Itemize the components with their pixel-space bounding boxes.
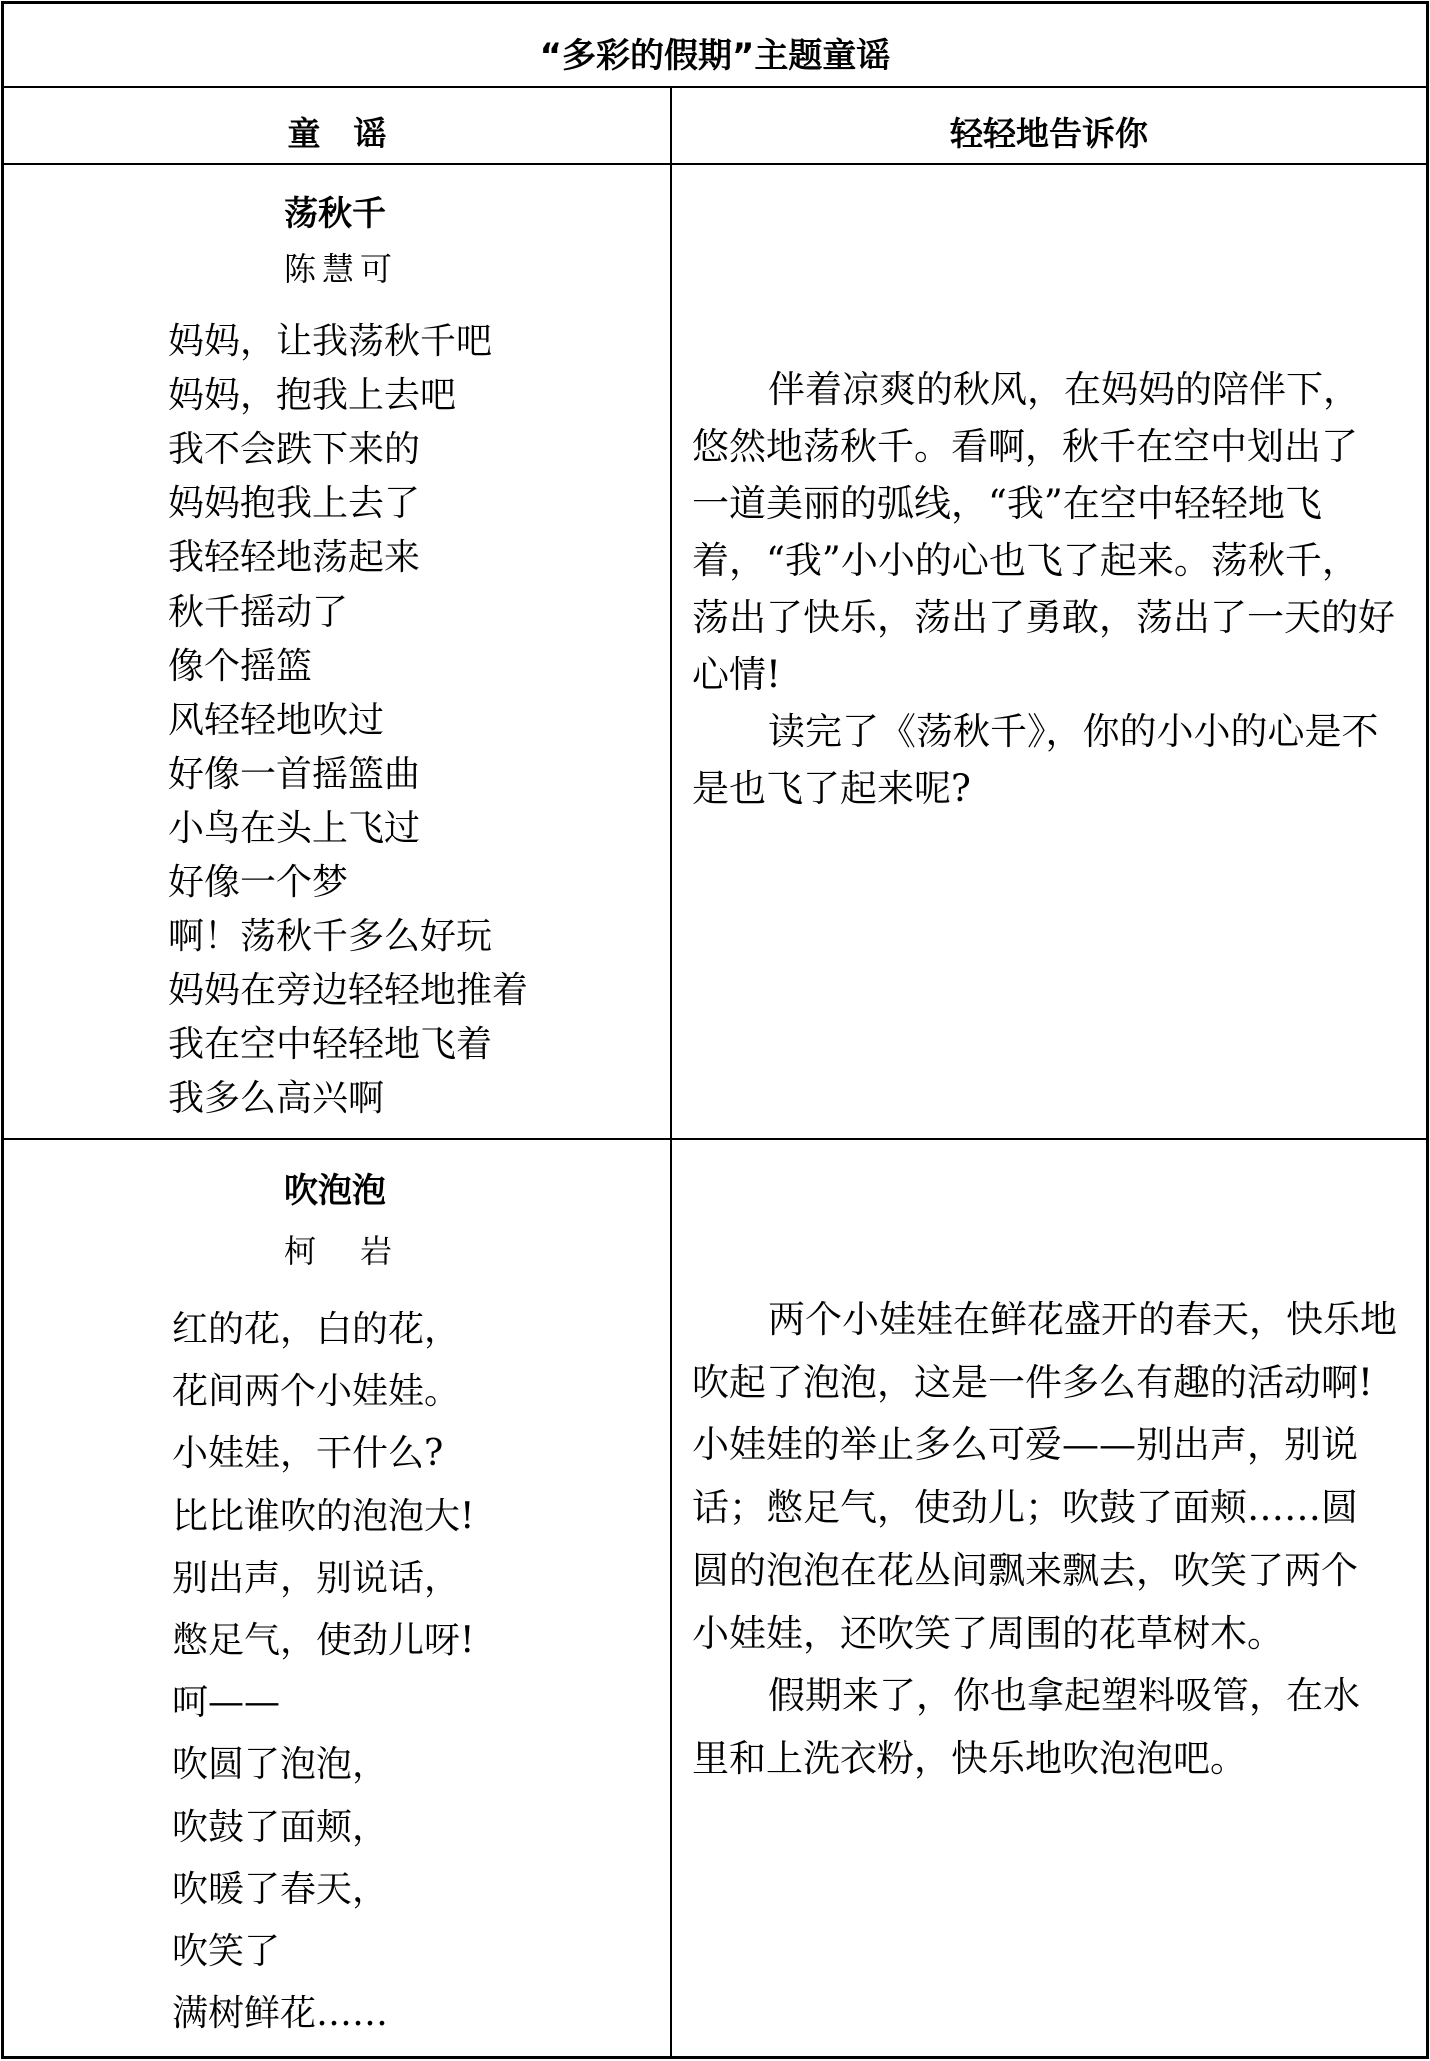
commentary-line: 话；憋足气，使劲儿；吹鼓了面颊……圆	[692, 1477, 1358, 1531]
commentary-line: 荡出了快乐，荡出了勇敢，荡出了一天的好	[692, 587, 1395, 641]
column-header-tell-you: 轻轻地告诉你	[672, 108, 1426, 155]
poem-line: 我多么高兴啊	[168, 1081, 384, 1117]
poem-line: 小娃娃，干什么?	[172, 1436, 443, 1472]
poem-line: 小鸟在头上飞过	[168, 811, 420, 847]
poem-title: 荡秋千	[284, 186, 386, 235]
poem-line: 红的花，白的花，	[172, 1312, 460, 1348]
commentary-line: 心情!	[692, 644, 781, 698]
poem-line: 别出声，别说话，	[172, 1561, 460, 1597]
commentary-line: 吹起了泡泡，这是一件多么有趣的活动啊!	[692, 1352, 1373, 1406]
commentary-line: 两个小娃娃在鲜花盛开的春天，快乐地	[768, 1289, 1397, 1343]
poem-line: 像个摇篮	[168, 649, 312, 685]
themed-rhymes-table: “多彩的假期”主题童谣 童 谣 轻轻地告诉你 荡秋千 陈慧可 妈妈，让我荡秋千吧…	[1, 1, 1429, 2059]
commentary-line: 一道美丽的弧线，“我”在空中轻轻地飞	[692, 473, 1322, 527]
poem-line: 好像一首摇篮曲	[168, 757, 420, 793]
commentary-line: 伴着凉爽的秋风，在妈妈的陪伴下，	[768, 359, 1360, 413]
poem-line: 我在空中轻轻地飞着	[168, 1027, 492, 1063]
commentary-line: 里和上洗衣粉，快乐地吹泡泡吧。	[692, 1728, 1247, 1782]
column-header-rhymes: 童 谣	[4, 108, 670, 155]
commentary-line: 圆的泡泡在花丛间飘来飘去，吹笑了两个	[692, 1540, 1358, 1594]
title-row-divider	[4, 86, 1426, 88]
table-title: “多彩的假期”主题童谣	[4, 28, 1426, 77]
poem-line: 妈妈抱我上去了	[168, 486, 420, 522]
poem-line: 啊！荡秋千多么好玩	[168, 919, 492, 955]
poem-line: 吹暖了春天，	[172, 1872, 388, 1908]
poem-line: 花间两个小娃娃。	[172, 1374, 460, 1410]
poem-line: 妈妈，让我荡秋千吧	[168, 324, 492, 360]
poem-author: 柯 岩	[284, 1226, 398, 1272]
poem-author: 陈慧可	[284, 244, 398, 290]
poem-line: 比比谁吹的泡泡大!	[172, 1499, 474, 1535]
commentary-line: 着，“我”小小的心也飞了起来。荡秋千，	[692, 530, 1359, 584]
poem-line: 风轻轻地吹过	[168, 703, 384, 739]
poem-line: 吹笑了	[172, 1934, 280, 1970]
row-divider	[4, 1138, 1426, 1140]
header-row-divider	[4, 163, 1426, 165]
commentary-line: 悠然地荡秋千。看啊，秋千在空中划出了	[692, 416, 1358, 470]
commentary-line: 假期来了，你也拿起塑料吸管，在水	[768, 1665, 1360, 1719]
column-divider	[670, 86, 672, 2056]
poem-line: 吹鼓了面颊，	[172, 1810, 388, 1846]
poem-line: 吹圆了泡泡，	[172, 1747, 388, 1783]
commentary-line: 小娃娃，还吹笑了周围的花草树木。	[692, 1603, 1284, 1657]
poem-line: 我不会跌下来的	[168, 432, 420, 468]
poem-line: 满树鲜花……	[172, 1996, 388, 2032]
poem-line: 妈妈，抱我上去吧	[168, 378, 456, 414]
commentary-line: 小娃娃的举止多么可爱——别出声，别说	[692, 1414, 1358, 1468]
poem-line: 秋千摇动了	[168, 595, 348, 631]
commentary-line: 是也飞了起来呢?	[692, 758, 971, 812]
poem-line: 呵——	[172, 1685, 280, 1721]
poem-line: 妈妈在旁边轻轻地推着	[168, 973, 528, 1009]
poem-line: 我轻轻地荡起来	[168, 540, 420, 576]
poem-line: 憋足气，使劲儿呀!	[172, 1623, 474, 1659]
poem-title: 吹泡泡	[284, 1163, 386, 1212]
commentary-line: 读完了《荡秋千》，你的小小的心是不	[768, 701, 1379, 755]
poem-line: 好像一个梦	[168, 865, 348, 901]
